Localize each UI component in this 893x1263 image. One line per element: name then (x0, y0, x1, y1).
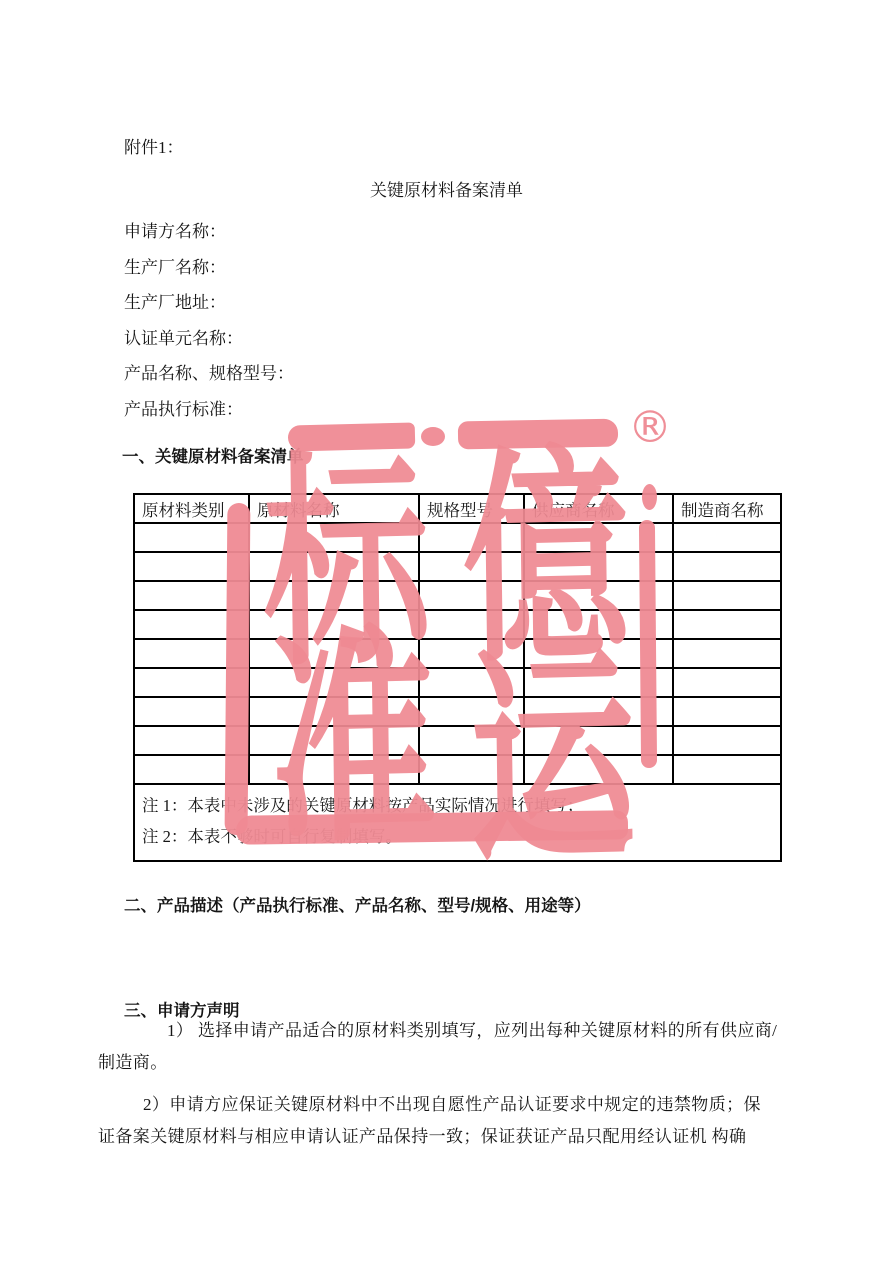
table-cell (249, 523, 419, 552)
table-row (134, 726, 781, 755)
table-note-1: 注 1：本表中未涉及的关键原材料按产品实际情况进行填写； (142, 790, 772, 821)
table-cell (673, 581, 781, 610)
table-cell (419, 639, 524, 668)
table-cell (524, 755, 673, 784)
watermark-top-left-stroke (288, 422, 416, 451)
table-cell (524, 610, 673, 639)
table-cell (673, 697, 781, 726)
table-cell (249, 552, 419, 581)
table-cell (419, 552, 524, 581)
registered-trademark-icon: ® (628, 406, 672, 450)
table-cell (524, 552, 673, 581)
table-cell (134, 726, 249, 755)
declaration-line-2: 制造商。 (98, 1053, 168, 1073)
table-cell (249, 726, 419, 755)
col-header-spec-model: 规格型号 (419, 494, 524, 523)
table-cell (419, 726, 524, 755)
field-product-standard: 产品执行标准： (124, 392, 294, 428)
table-cell (249, 668, 419, 697)
table-cell (673, 523, 781, 552)
table-row (134, 668, 781, 697)
table-cell (134, 668, 249, 697)
table-cell (134, 697, 249, 726)
field-product-name-model: 产品名称、规格型号： (124, 356, 294, 392)
table-note-2: 注 2：本表不够时可自行复制填写。 (142, 821, 772, 852)
section2-heading: 二、产品描述（产品执行标准、产品名称、型号/规格、用途等） (124, 892, 591, 916)
table-cell (419, 523, 524, 552)
document-page: 附件1： 关键原材料备案清单 申请方名称： 生产厂名称： 生产厂地址： 认证单元… (0, 0, 893, 1263)
table-cell (524, 726, 673, 755)
table-row (134, 755, 781, 784)
table-row (134, 523, 781, 552)
declaration-line-4: 证备案关键原材料与相应申请认证产品保持一致；保证获证产品只配用经认证机 构确 (98, 1127, 746, 1147)
table-cell (419, 581, 524, 610)
section3-heading: 三、申请方声明 (124, 997, 240, 1021)
watermark-top-dot (421, 427, 445, 446)
table-cell (524, 697, 673, 726)
table-cell (249, 610, 419, 639)
table-cell (673, 755, 781, 784)
table-cell (673, 668, 781, 697)
col-header-material-name: 原材料名称 (249, 494, 419, 523)
table-notes-cell: 注 1：本表中未涉及的关键原材料按产品实际情况进行填写； 注 2：本表不够时可自… (134, 784, 781, 861)
table-cell (524, 523, 673, 552)
field-applicant-name: 申请方名称： (124, 214, 294, 250)
table-cell (673, 610, 781, 639)
table-cell (673, 639, 781, 668)
table-cell (419, 755, 524, 784)
table-notes-row: 注 1：本表中未涉及的关键原材料按产品实际情况进行填写； 注 2：本表不够时可自… (134, 784, 781, 861)
key-materials-table: 原材料类别 原材料名称 规格型号 供应商名称 制造商名称 注 1：本表中未涉及的… (133, 493, 782, 862)
watermark-top-right-stroke (458, 419, 618, 450)
table-cell (134, 581, 249, 610)
attachment-label: 附件1： (124, 133, 184, 158)
table-cell (419, 610, 524, 639)
table-cell (673, 726, 781, 755)
col-header-manufacturer-name: 制造商名称 (673, 494, 781, 523)
form-field-list: 申请方名称： 生产厂名称： 生产厂地址： 认证单元名称： 产品名称、规格型号： … (124, 214, 294, 427)
table-cell (134, 639, 249, 668)
table-row (134, 697, 781, 726)
table-row (134, 639, 781, 668)
table-cell (419, 697, 524, 726)
table-cell (134, 610, 249, 639)
field-certification-unit: 认证单元名称： (124, 321, 294, 357)
col-header-supplier-name: 供应商名称 (524, 494, 673, 523)
table-cell (249, 697, 419, 726)
table-cell (524, 581, 673, 610)
table-cell (673, 552, 781, 581)
table-cell (419, 668, 524, 697)
table-row (134, 610, 781, 639)
table-cell (524, 668, 673, 697)
table-cell (249, 639, 419, 668)
table-cell (134, 552, 249, 581)
table-row (134, 552, 781, 581)
table-row (134, 581, 781, 610)
field-factory-name: 生产厂名称： (124, 250, 294, 286)
table-header-row: 原材料类别 原材料名称 规格型号 供应商名称 制造商名称 (134, 494, 781, 523)
table-cell (134, 755, 249, 784)
declaration-line-1: 1） 选择申请产品适合的原材料类别填写，应列出每种关键原材料的所有供应商/ (167, 1021, 777, 1041)
page-title: 关键原材料备案清单 (0, 176, 893, 201)
section1-heading: 一、关键原材料备案清单 (122, 443, 304, 467)
col-header-material-category: 原材料类别 (134, 494, 249, 523)
declaration-line-3: 2）申请方应保证关键原材料中不出现自愿性产品认证要求中规定的违禁物质；保 (143, 1095, 761, 1115)
table-cell (134, 523, 249, 552)
table-cell (249, 581, 419, 610)
field-factory-address: 生产厂地址： (124, 285, 294, 321)
table-cell (249, 755, 419, 784)
table-cell (524, 639, 673, 668)
